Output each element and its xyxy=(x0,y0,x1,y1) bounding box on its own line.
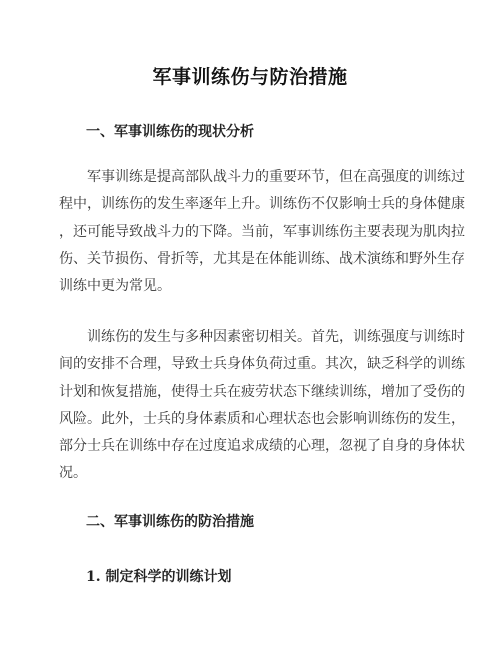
paragraph-causes: 训练伤的发生与多种因素密切相关。首先，训练强度与训练时 间的安排不合理，导致士兵… xyxy=(59,324,445,488)
paragraph-line: 训练中更为常见。 xyxy=(59,273,445,300)
paragraph-line: 计划和恢复措施，使得士兵在疲劳状态下继续训练，增加了受伤的 xyxy=(59,379,445,406)
paragraph-current-status: 军事训练是提高部队战斗力的重要环节，但在高强度的训练过 程中，训练伤的发生率逐年… xyxy=(59,164,445,300)
section-heading-prevention: 二、军事训练伤的防治措施 xyxy=(86,511,254,531)
document-title: 军事训练伤与防治措施 xyxy=(0,62,500,89)
paragraph-line: 训练伤的发生与多种因素密切相关。首先，训练强度与训练时 xyxy=(59,324,445,351)
paragraph-line: 间的安排不合理，导致士兵身体负荷过重。其次，缺乏科学的训练 xyxy=(59,351,445,378)
subheading-training-plan: 1. 制定科学的训练计划 xyxy=(86,566,232,586)
paragraph-line: 军事训练是提高部队战斗力的重要环节，但在高强度的训练过 xyxy=(59,164,445,191)
paragraph-line: 况。 xyxy=(59,460,445,487)
paragraph-line: ，还可能导致战斗力的下降。当前，军事训练伤主要表现为肌肉拉 xyxy=(59,219,445,246)
paragraph-line: 程中，训练伤的发生率逐年上升。训练伤不仅影响士兵的身体健康 xyxy=(59,191,445,218)
paragraph-line: 伤、关节损伤、骨折等，尤其是在体能训练、战术演练和野外生存 xyxy=(59,246,445,273)
paragraph-line: 部分士兵在训练中存在过度追求成绩的心理，忽视了自身的身体状 xyxy=(59,433,445,460)
paragraph-line: 风险。此外，士兵的身体素质和心理状态也会影响训练伤的发生， xyxy=(59,406,445,433)
section-heading-current-status: 一、军事训练伤的现状分析 xyxy=(86,121,254,141)
